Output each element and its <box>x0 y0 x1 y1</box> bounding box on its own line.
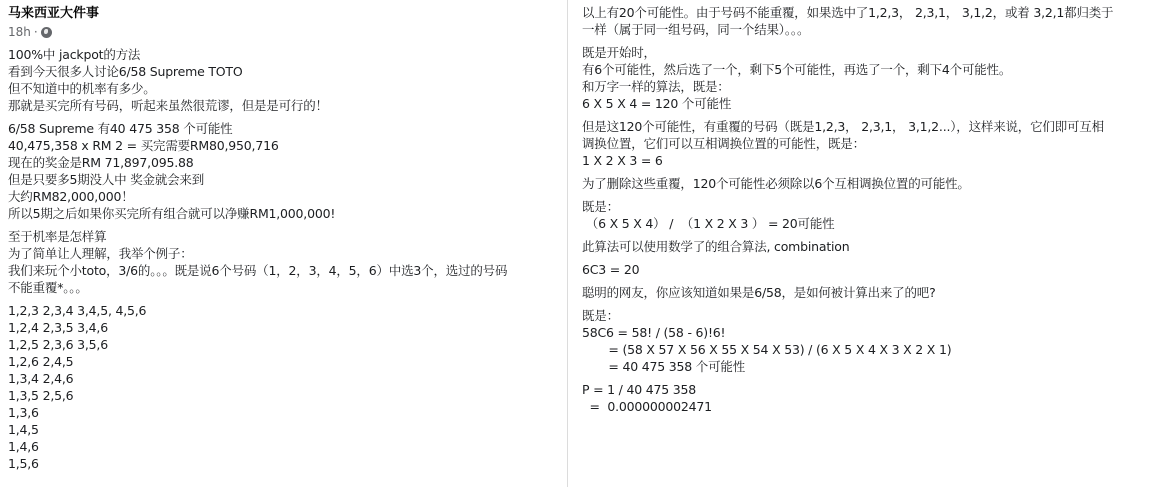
text-line: 58C6 = 58! / (58 - 6)!6! <box>582 324 1147 341</box>
text-line: 100%中 jackpot的方法 <box>8 46 556 63</box>
text-line: 那就是买完所有号码，听起来虽然很荒谬，但是是可行的！ <box>8 97 556 114</box>
paragraph: P = 1 / 40 475 358 = 0.000000002471 <box>582 381 1147 415</box>
text-line: 不能重覆*。。。 <box>8 279 556 296</box>
text-line: 为了删除这些重覆，120个可能性必须除以6个互相调换位置的可能性。 <box>582 175 1147 192</box>
paragraph: 为了删除这些重覆，120个可能性必须除以6个互相调换位置的可能性。 <box>582 175 1147 192</box>
text-line: 1,3,6 <box>8 404 556 421</box>
paragraph: 既是：58C6 = 58! / (58 - 6)!6! = (58 X 57 X… <box>582 307 1147 375</box>
post-body-left: 100%中 jackpot的方法看到今天很多人讨论6/58 Supreme TO… <box>8 46 556 472</box>
text-line: 我们来玩个小toto，3/6的。。。既是说6个号码（1，2，3，4，5，6）中选… <box>8 262 556 279</box>
text-line: 6C3 = 20 <box>582 261 1147 278</box>
paragraph: 1,2,3 2,3,4 3,4,5, 4,5,61,2,4 2,3,5 3,4,… <box>8 302 556 472</box>
text-line: 大约RM82,000,000！ <box>8 188 556 205</box>
text-line: 看到今天很多人讨论6/58 Supreme TOTO <box>8 63 556 80</box>
paragraph: 6/58 Supreme 有40 475 358 个可能性40,475,358 … <box>8 120 556 222</box>
paragraph: 既是开始时，有6个可能性，然后选了一个，剩下5个可能性，再选了一个，剩下4个可能… <box>582 44 1147 112</box>
post-right-column: 以上有20个可能性。由于号码不能重覆，如果选中了1,2,3， 2,3,1， 3,… <box>582 0 1147 415</box>
text-line: 1,2,5 2,3,6 3,5,6 <box>8 336 556 353</box>
post-timestamp[interactable]: 18h <box>8 24 31 40</box>
text-line: 1 X 2 X 3 = 6 <box>582 152 1147 169</box>
text-line: 1,2,3 2,3,4 3,4,5, 4,5,6 <box>8 302 556 319</box>
post-left-column: 马来西亚大件事 18h · 100%中 jackpot的方法看到今天很多人讨论6… <box>8 0 556 472</box>
meta-separator: · <box>34 24 38 40</box>
paragraph: 100%中 jackpot的方法看到今天很多人讨论6/58 Supreme TO… <box>8 46 556 114</box>
text-line: 聪明的网友，你应该知道如果是6/58，是如何被计算出来了的吧? <box>582 284 1147 301</box>
text-line: 但是这120个可能性，有重覆的号码（既是1,2,3， 2,3,1， 3,1,2.… <box>582 118 1147 135</box>
text-line: 1,5,6 <box>8 455 556 472</box>
paragraph: 至于机率是怎样算为了简单让人理解，我举个例子：我们来玩个小toto，3/6的。。… <box>8 228 556 296</box>
text-line: 6/58 Supreme 有40 475 358 个可能性 <box>8 120 556 137</box>
text-line: 现在的奖金是RM 71,897,095.88 <box>8 154 556 171</box>
text-line: 调换位置，它们可以互相调换位置的可能性，既是： <box>582 135 1147 152</box>
paragraph: 但是这120个可能性，有重覆的号码（既是1,2,3， 2,3,1， 3,1,2.… <box>582 118 1147 169</box>
text-line: P = 1 / 40 475 358 <box>582 381 1147 398</box>
paragraph: 以上有20个可能性。由于号码不能重覆，如果选中了1,2,3， 2,3,1， 3,… <box>582 4 1147 38</box>
text-line: 1,3,4 2,4,6 <box>8 370 556 387</box>
text-line: 1,4,6 <box>8 438 556 455</box>
text-line: 1,2,4 2,3,5 3,4,6 <box>8 319 556 336</box>
text-line: 为了简单让人理解，我举个例子： <box>8 245 556 262</box>
text-line: 6 X 5 X 4 = 120 个可能性 <box>582 95 1147 112</box>
column-divider <box>567 0 568 487</box>
globe-icon[interactable] <box>41 27 52 38</box>
text-line: 既是： <box>582 307 1147 324</box>
text-line: 但是只要多5期没人中 奖金就会来到 <box>8 171 556 188</box>
text-line: 1,2,6 2,4,5 <box>8 353 556 370</box>
text-line: 一样（属于同一组号码，同一个结果）。。。 <box>582 21 1147 38</box>
paragraph: 6C3 = 20 <box>582 261 1147 278</box>
text-line: 1,4,5 <box>8 421 556 438</box>
post-meta: 18h · <box>8 24 556 40</box>
text-line: 以上有20个可能性。由于号码不能重覆，如果选中了1,2,3， 2,3,1， 3,… <box>582 4 1147 21</box>
paragraph: 聪明的网友，你应该知道如果是6/58，是如何被计算出来了的吧? <box>582 284 1147 301</box>
text-line: 既是： <box>582 198 1147 215</box>
text-line: （6 X 5 X 4） / （1 X 2 X 3 ） = 20可能性 <box>582 215 1147 232</box>
text-line: 但不知道中的机率有多少。 <box>8 80 556 97</box>
text-line: = (58 X 57 X 56 X 55 X 54 X 53) / (6 X 5… <box>582 341 1147 358</box>
post-author[interactable]: 马来西亚大件事 <box>8 6 556 22</box>
text-line: = 0.000000002471 <box>582 398 1147 415</box>
text-line: 至于机率是怎样算 <box>8 228 556 245</box>
paragraph: 既是： （6 X 5 X 4） / （1 X 2 X 3 ） = 20可能性 <box>582 198 1147 232</box>
paragraph: 此算法可以使用数学了的组合算法, combination <box>582 238 1147 255</box>
text-line: 有6个可能性，然后选了一个，剩下5个可能性，再选了一个，剩下4个可能性。 <box>582 61 1147 78</box>
text-line: 和万字一样的算法，既是： <box>582 78 1147 95</box>
text-line: 40,475,358 x RM 2 = 买完需要RM80,950,716 <box>8 137 556 154</box>
text-line: 此算法可以使用数学了的组合算法, combination <box>582 238 1147 255</box>
text-line: 1,3,5 2,5,6 <box>8 387 556 404</box>
post-body-right: 以上有20个可能性。由于号码不能重覆，如果选中了1,2,3， 2,3,1， 3,… <box>582 4 1147 415</box>
text-line: = 40 475 358 个可能性 <box>582 358 1147 375</box>
text-line: 所以5期之后如果你买完所有组合就可以净赚RM1,000,000! <box>8 205 556 222</box>
text-line: 既是开始时， <box>582 44 1147 61</box>
